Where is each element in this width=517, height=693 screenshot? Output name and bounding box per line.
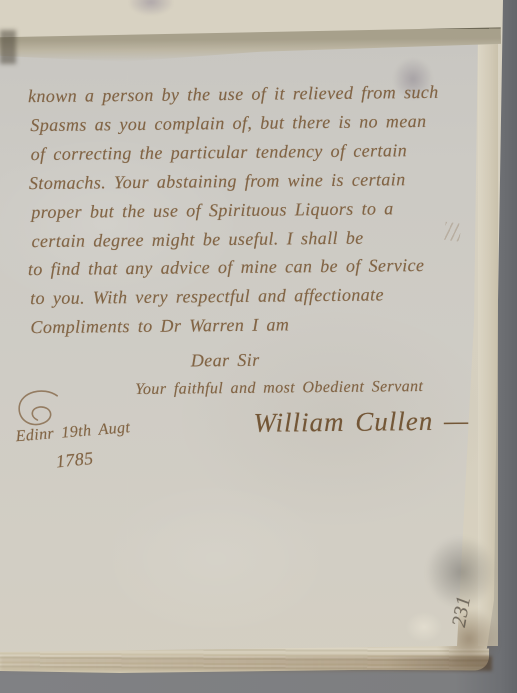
signature: William Cullen —: [253, 406, 469, 439]
photo-backdrop: known a person by the use of it relieved…: [0, 0, 517, 693]
place-date-line2: 1785: [55, 448, 94, 473]
letter-body-line: proper but the use of Spirituous Liquors…: [31, 198, 394, 223]
letter-body-line: Stomachs. Your abstaining from wine is c…: [29, 169, 406, 194]
letter-body-line: of correcting the particular tendency of…: [31, 140, 408, 165]
letter-body-line: Compliments to Dr Warren I am: [30, 314, 289, 338]
letter-valediction: Your faithful and most Obedient Servant: [135, 378, 423, 399]
handwriting-layer: known a person by the use of it relieved…: [0, 0, 517, 693]
letter-closing: Dear Sir: [191, 350, 260, 372]
letter-body-line: certain degree might be useful. I shall …: [31, 228, 363, 252]
faint-ink-marks: [443, 222, 461, 242]
letter-body-line: Spasms as you complain of, but there is …: [30, 111, 426, 136]
letter-body-line: to find that any advice of mine can be o…: [28, 255, 425, 280]
letter-body-line: to you. With very respectful and affecti…: [30, 284, 384, 309]
letter-body-line: known a person by the use of it relieved…: [28, 82, 439, 107]
